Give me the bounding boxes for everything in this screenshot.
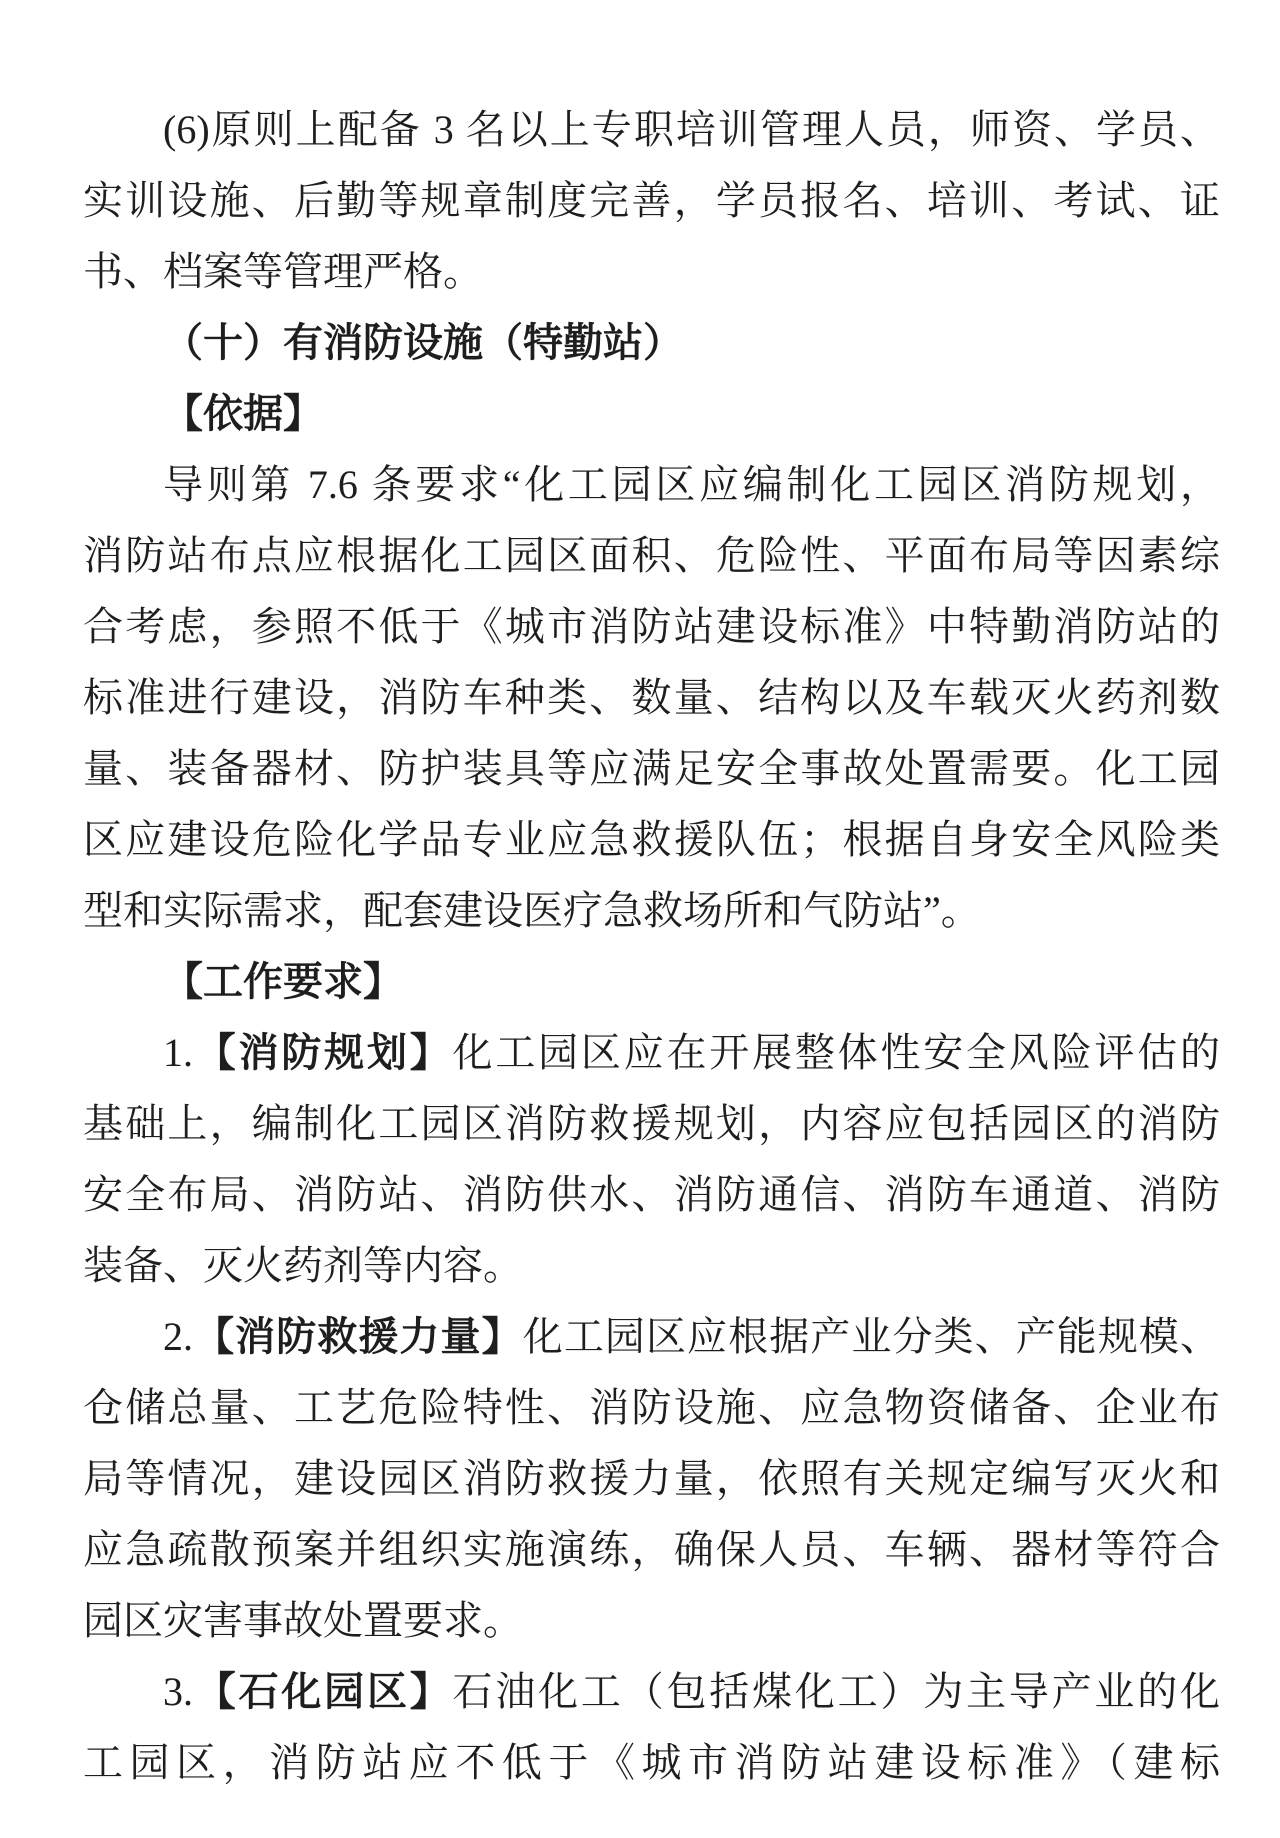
body-line: 消防站布点应根据化工园区面积、危险性、平面布局等因素综 — [83, 520, 1220, 591]
text-segment: 型和实际需求，配套建设医疗急救场所和气防站”。 — [83, 888, 981, 933]
body-line: 仓储总量、工艺危险特性、消防设施、应急物资储备、企业布 — [83, 1372, 1220, 1443]
text-segment: 1. — [163, 1030, 193, 1075]
body-line: 合考虑，参照不低于《城市消防站建设标准》中特勤消防站的 — [83, 591, 1220, 662]
body-line: 园区灾害事故处置要求。 — [83, 1585, 1220, 1656]
body-line: 局等情况，建设园区消防救援力量，依照有关规定编写灭火和 — [83, 1443, 1220, 1514]
text-segment: 2. — [163, 1314, 193, 1359]
body-line: 量、装备器材、防护装具等应满足安全事故处置需要。化工园 — [83, 733, 1220, 804]
text-segment: 合考虑，参照不低于《城市消防站建设标准》中特勤消防站的 — [83, 604, 1220, 649]
text-segment: 消防站布点应根据化工园区面积、危险性、平面布局等因素综 — [83, 533, 1220, 578]
text-segment: 3. — [163, 1669, 193, 1714]
bold-text-segment: 【消防救援力量】 — [193, 1314, 523, 1359]
text-segment: 局等情况，建设园区消防救援力量，依照有关规定编写灭火和 — [83, 1456, 1220, 1501]
text-segment: 园区灾害事故处置要求。 — [83, 1598, 523, 1643]
document-page: (6)原则上配备 3 名以上专职培训管理人员，师资、学员、实训设施、后勤等规章制… — [0, 0, 1280, 1838]
text-segment: 装备、灭火药剂等内容。 — [83, 1243, 523, 1288]
bold-text-segment: 【石化园区】 — [193, 1669, 453, 1714]
body-line: 2.【消防救援力量】化工园区应根据产业分类、产能规模、 — [83, 1301, 1220, 1372]
bold-text-segment: 【工作要求】 — [163, 959, 403, 1004]
heading-line: 【依据】 — [83, 378, 1220, 449]
body-line: 1.【消防规划】化工园区应在开展整体性安全风险评估的 — [83, 1017, 1220, 1088]
bold-text-segment: 【消防规划】 — [193, 1030, 453, 1075]
body-line: 应急疏散预案并组织实施演练，确保人员、车辆、器材等符合 — [83, 1514, 1220, 1585]
text-segment: 安全布局、消防站、消防供水、消防通信、消防车通道、消防 — [83, 1172, 1220, 1217]
body-line: 安全布局、消防站、消防供水、消防通信、消防车通道、消防 — [83, 1159, 1220, 1230]
text-segment: 导则第 7.6 条要求“化工园区应编制化工园区消防规划， — [163, 462, 1220, 507]
text-segment: 化工园区应根据产业分类、产能规模、 — [523, 1314, 1220, 1359]
body-line: 基础上，编制化工园区消防救援规划，内容应包括园区的消防 — [83, 1088, 1220, 1159]
body-line: 3.【石化园区】石油化工（包括煤化工）为主导产业的化 — [83, 1656, 1220, 1727]
heading-line: （十）有消防设施（特勤站） — [83, 307, 1220, 378]
text-segment: (6)原则上配备 3 名以上专职培训管理人员，师资、学员、 — [163, 107, 1220, 152]
body-line: 导则第 7.6 条要求“化工园区应编制化工园区消防规划， — [83, 449, 1220, 520]
text-segment: 区应建设危险化学品专业应急救援队伍；根据自身安全风险类 — [83, 817, 1220, 862]
body-line: 区应建设危险化学品专业应急救援队伍；根据自身安全风险类 — [83, 804, 1220, 875]
text-segment: 化工园区应在开展整体性安全风险评估的 — [453, 1030, 1220, 1075]
text-segment: 标准进行建设，消防车种类、数量、结构以及车载灭火药剂数 — [83, 675, 1220, 720]
heading-line: 【工作要求】 — [83, 946, 1220, 1017]
body-line: 工园区，消防站应不低于《城市消防站建设标准》（建标 — [83, 1727, 1220, 1798]
body-line: 装备、灭火药剂等内容。 — [83, 1230, 1220, 1301]
text-segment: 量、装备器材、防护装具等应满足安全事故处置需要。化工园 — [83, 746, 1220, 791]
body-line: 标准进行建设，消防车种类、数量、结构以及车载灭火药剂数 — [83, 662, 1220, 733]
bold-text-segment: 【依据】 — [163, 391, 323, 436]
body-line: 型和实际需求，配套建设医疗急救场所和气防站”。 — [83, 875, 1220, 946]
body-line: 书、档案等管理严格。 — [83, 236, 1220, 307]
document-body: (6)原则上配备 3 名以上专职培训管理人员，师资、学员、实训设施、后勤等规章制… — [83, 94, 1220, 1798]
body-line: 实训设施、后勤等规章制度完善，学员报名、培训、考试、证 — [83, 165, 1220, 236]
text-segment: 工园区，消防站应不低于《城市消防站建设标准》（建标 — [83, 1740, 1220, 1785]
text-segment: 应急疏散预案并组织实施演练，确保人员、车辆、器材等符合 — [83, 1527, 1220, 1572]
text-segment: 基础上，编制化工园区消防救援规划，内容应包括园区的消防 — [83, 1101, 1220, 1146]
body-line: (6)原则上配备 3 名以上专职培训管理人员，师资、学员、 — [83, 94, 1220, 165]
bold-text-segment: （十）有消防设施（特勤站） — [163, 320, 683, 365]
text-segment: 实训设施、后勤等规章制度完善，学员报名、培训、考试、证 — [83, 178, 1220, 223]
text-segment: 仓储总量、工艺危险特性、消防设施、应急物资储备、企业布 — [83, 1385, 1220, 1430]
text-segment: 石油化工（包括煤化工）为主导产业的化 — [453, 1669, 1220, 1714]
text-segment: 书、档案等管理严格。 — [83, 249, 483, 294]
